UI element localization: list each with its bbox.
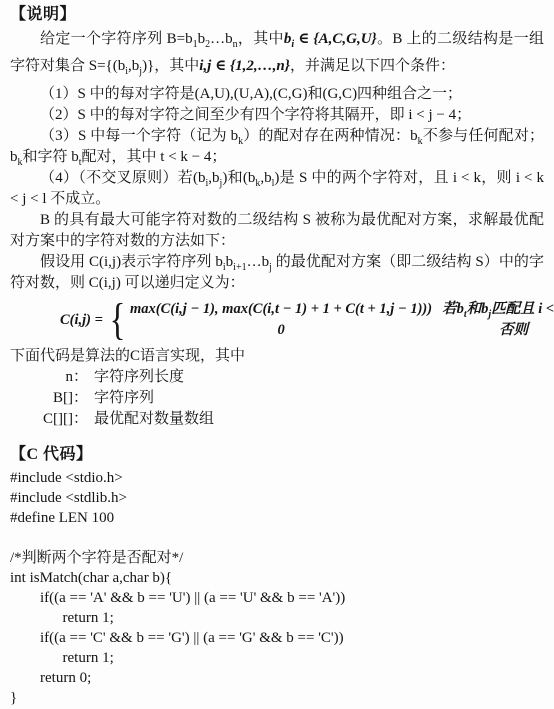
formula-lhs: C(i,j) = [60,312,103,329]
formula-cases: max(C(i,j − 1), max(C(i,t − 1) + 1 + C(t… [130,299,554,341]
definition-description: 字符序列长度 [88,367,184,388]
definition-description: 最优配对数量数组 [88,409,214,430]
definition-term: B[]： [10,388,88,409]
code-line-if-au: if((a == 'A' && b == 'U') || (a == 'U' &… [10,588,544,608]
optimal-scheme-paragraph: B 的具有最大可能字符对数的二级结构 S 被称为最优配对方案，求解最优配对方案中… [10,210,544,252]
code-line-comment: /*判断两个字符是否配对*/ [10,548,544,568]
code-line-ismatch-signature: int isMatch(char a,char b){ [10,568,544,588]
code-line-return-1a: return 1; [10,608,544,628]
definition-description: 字符序列 [88,388,154,409]
recurrence-formula: C(i,j) = { max(C(i,j − 1), max(C(i,t − 1… [60,298,544,342]
condition-1: （1）S 中的每对字符是(A,U),(U,A),(C,G)和(G,C)四种组合之… [10,84,544,105]
section-heading-description: 【说明】 [10,4,544,26]
formula-case2-expression: 0 [130,320,432,341]
code-line-define-len: #define LEN 100 [10,508,544,528]
condition-4: （4）（不交叉原则）若(bi,bj)和(bk,bl)是 S 中的两个字符对，且 … [10,168,544,210]
definition-row-n: n： 字符序列长度 [10,367,544,388]
formula-brace: { [110,298,126,342]
intro-paragraph: 给定一个字符序列 B=b1b2…bn，其中bi ∈ {A,C,G,U}。B 上的… [10,26,544,80]
formula-case1-expression: max(C(i,j − 1), max(C(i,t − 1) + 1 + C(t… [130,299,432,320]
code-line-return-0: return 0; [10,668,544,688]
condition-3: （3）S 中每一个字符（记为 bk）的配对存在两种情况：bk不参与任何配对；bk… [10,126,544,168]
code-line-include-stdio: #include <stdio.h> [10,468,544,488]
code-line-include-stdlib: #include <stdlib.h> [10,488,544,508]
c-code-block: #include <stdio.h> #include <stdlib.h> #… [10,468,544,708]
code-line-if-cg: if((a == 'C' && b == 'G') || (a == 'G' &… [10,628,544,648]
condition-2: （2）S 中的每对字符之间至少有四个字符将其隔开，即 i < j − 4； [10,105,544,126]
document-page: 【说明】 给定一个字符序列 B=b1b2…bn，其中bi ∈ {A,C,G,U}… [0,0,554,709]
code-intro-line: 下面代码是算法的C语言实现，其中 [10,346,544,367]
code-line-blank [10,528,544,548]
definition-row-c: C[][]： 最优配对数量数组 [10,409,544,430]
formula-case1-condition: 若bt和bj匹配且 i < j − 4 [442,299,554,320]
section-heading-c-code: 【C 代码】 [10,444,544,466]
code-line-return-1b: return 1; [10,648,544,668]
definition-term: n： [10,367,88,388]
definition-term: C[][]： [10,409,88,430]
recurrence-intro-paragraph: 假设用 C(i,j)表示字符序列 bibi+1…bj 的最优配对方案（即二级结构… [10,252,544,294]
code-line-closing-brace: } [10,688,544,708]
definition-row-b: B[]： 字符序列 [10,388,544,409]
formula-case2-condition: 否则 [442,320,554,341]
